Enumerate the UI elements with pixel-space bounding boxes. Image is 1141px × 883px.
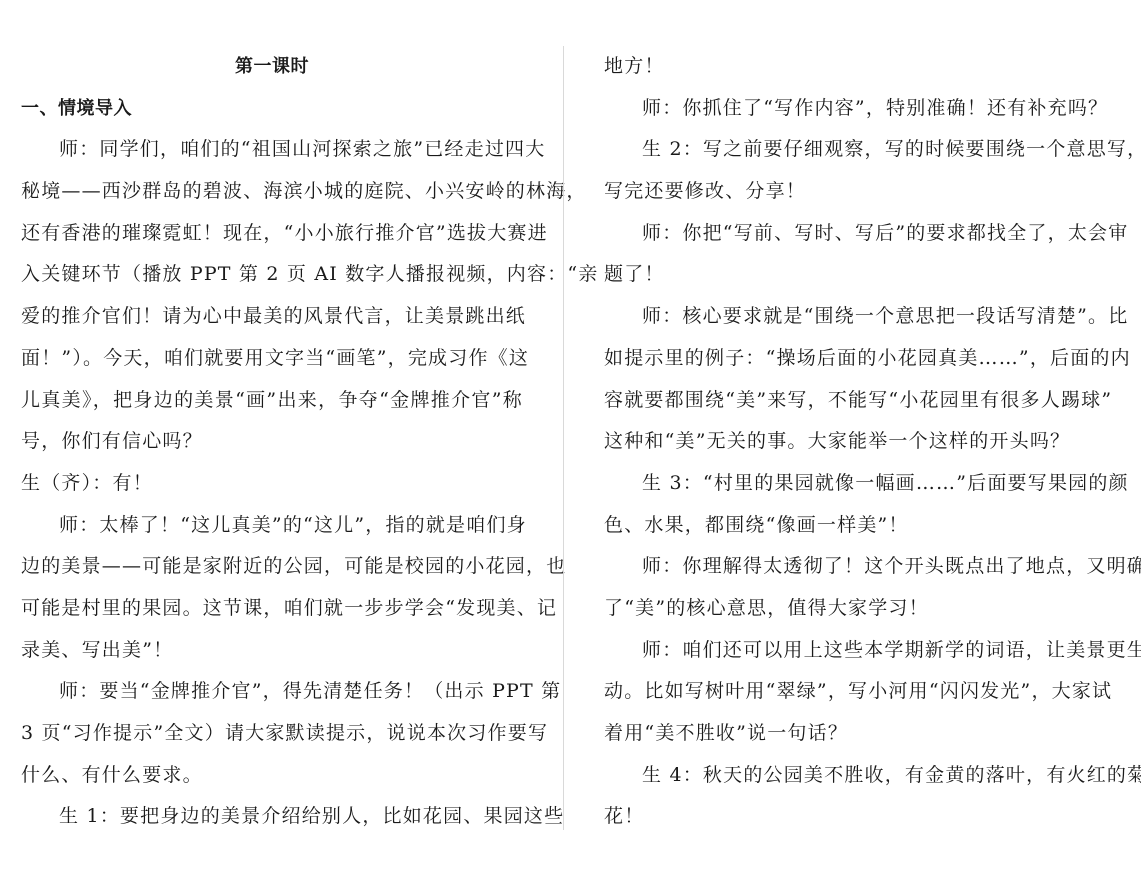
text-line: 生 1：要把身边的美景介绍给别人，比如花园、果园这些 (21, 796, 523, 838)
lesson-title: 第一课时 (21, 46, 523, 88)
text-line: 生（齐）：有！ (21, 463, 523, 505)
text-line: 儿真美》，把身边的美景“画”出来，争夺“金牌推介官”称 (21, 380, 523, 422)
text-line: 花！ (604, 796, 1106, 838)
text-line: 师：你理解得太透彻了！这个开头既点出了地点，又明确 (604, 546, 1106, 588)
text-line: 地方！ (604, 46, 1106, 88)
text-line: 如提示里的例子：“操场后面的小花园真美……”，后面的内 (604, 338, 1106, 380)
text-line: 秘境——西沙群岛的碧波、海滨小城的庭院、小兴安岭的林海， (21, 171, 523, 213)
text-line: 师：你抓住了“写作内容”，特别准确！还有补充吗？ (604, 88, 1106, 130)
text-line: 着用“美不胜收”说一句话？ (604, 713, 1106, 755)
text-line: 入关键环节（播放 PPT 第 2 页 AI 数字人播报视频，内容：“亲 (21, 254, 523, 296)
text-line: 色、水果，都围绕“像画一样美”！ (604, 505, 1106, 547)
text-line: 爱的推介官们！请为心中最美的风景代言，让美景跳出纸 (21, 296, 523, 338)
text-line: 边的美景——可能是家附近的公园，可能是校园的小花园，也 (21, 546, 523, 588)
text-line: 了“美”的核心意思，值得大家学习！ (604, 588, 1106, 630)
left-column: 第一课时 一、情境导入 师：同学们，咱们的“祖国山河探索之旅”已经走过四大 秘境… (21, 46, 523, 838)
text-line: 师：你把“写前、写时、写后”的要求都找全了，太会审 (604, 213, 1106, 255)
text-line: 可能是村里的果园。这节课，咱们就一步步学会“发现美、记 (21, 588, 523, 630)
section-heading: 一、情境导入 (21, 88, 523, 130)
text-line: 师：咱们还可以用上这些本学期新学的词语，让美景更生 (604, 630, 1106, 672)
text-line: 录美、写出美”！ (21, 630, 523, 672)
text-line: 动。比如写树叶用“翠绿”，写小河用“闪闪发光”，大家试 (604, 671, 1106, 713)
text-line: 号，你们有信心吗？ (21, 421, 523, 463)
text-line: 师：要当“金牌推介官”，得先清楚任务！（出示 PPT 第 (21, 671, 523, 713)
text-line: 什么、有什么要求。 (21, 755, 523, 797)
text-line: 题了！ (604, 254, 1106, 296)
text-line: 生 4：秋天的公园美不胜收，有金黄的落叶，有火红的菊 (604, 755, 1106, 797)
text-line: 生 2：写之前要仔细观察，写的时候要围绕一个意思写， (604, 129, 1106, 171)
text-line: 师：太棒了！“这儿真美”的“这儿”，指的就是咱们身 (21, 505, 523, 547)
text-line: 面！”）。今天，咱们就要用文字当“画笔”，完成习作《这 (21, 338, 523, 380)
right-column: 地方！ 师：你抓住了“写作内容”，特别准确！还有补充吗？ 生 2：写之前要仔细观… (604, 46, 1106, 838)
text-line: 师：核心要求就是“围绕一个意思把一段话写清楚”。比 (604, 296, 1106, 338)
text-line: 这种和“美”无关的事。大家能举一个这样的开头吗？ (604, 421, 1106, 463)
text-line: 师：同学们，咱们的“祖国山河探索之旅”已经走过四大 (21, 129, 523, 171)
text-line: 还有香港的璀璨霓虹！现在，“小小旅行推介官”选拔大赛进 (21, 213, 523, 255)
text-line: 容就要都围绕“美”来写，不能写“小花园里有很多人踢球” (604, 380, 1106, 422)
text-line: 生 3：“村里的果园就像一幅画……”后面要写果园的颜 (604, 463, 1106, 505)
column-divider (563, 46, 564, 830)
text-line: 3 页“习作提示”全文）请大家默读提示，说说本次习作要写 (21, 713, 523, 755)
text-line: 写完还要修改、分享！ (604, 171, 1106, 213)
